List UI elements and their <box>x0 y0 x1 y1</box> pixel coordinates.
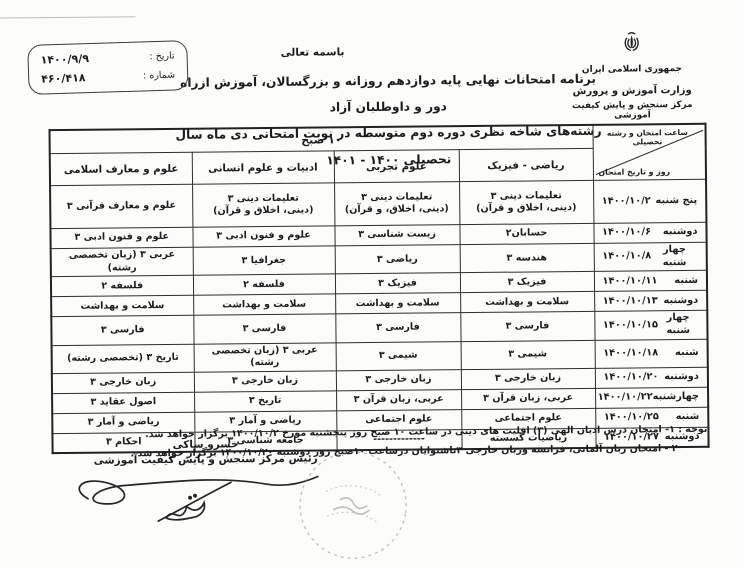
exam-cell: هندسه ۳ <box>460 243 594 273</box>
exam-cell: علوم و فنون ادبی ۳ <box>192 226 334 247</box>
exam-cell: زبان خارجی ۳ <box>461 368 595 389</box>
exam-cell: تعلیمات دینی ۳ (دینی، اخلاق و قرآن) <box>192 183 334 227</box>
day-label: دوشنبه <box>664 371 699 384</box>
exam-cell: جغرافیا ۳ <box>193 246 335 276</box>
reference-date-row: تاریخ : ۱۴۰۰/۹/۹ <box>40 50 174 67</box>
exam-cell: زبان خارجی ۳ <box>194 371 336 392</box>
exam-cell: سلامت و بهداشت <box>51 296 193 317</box>
day-label: چهارشنبه <box>653 391 700 404</box>
day-label: چهار شنبه <box>658 312 699 338</box>
exam-cell: فارسی ۳ <box>51 316 193 346</box>
exam-cell: فلسفه ۲ <box>51 276 193 297</box>
exam-cell: فارسی ۳ <box>193 314 335 344</box>
day-date-cell: دوشنبه۱۴۰۰/۱۰/۶ <box>593 222 706 243</box>
reference-number-row: شماره : ۴۶۰/۴۱۸ <box>41 68 175 85</box>
day-date-cell: پنج شنبه۱۴۰۰/۱۰/۲ <box>593 179 706 223</box>
exam-cell: فلسفه ۲ <box>193 274 335 295</box>
exam-cell: حسابان۲ <box>459 223 593 244</box>
date-label: ۱۴۰۰/۱۰/۶ <box>602 226 651 239</box>
exam-cell: فیزیک ۳ <box>460 272 594 293</box>
exam-cell: تعلیمات دینی ۳ (دینی، اخلاق، و قرآن) <box>334 182 459 226</box>
exam-cell: عربی، زبان قرآن ۳ <box>336 390 461 411</box>
number-value: ۴۶۰/۴۱۸ <box>41 71 86 85</box>
date-label: ۱۴۰۰/۱۰/۲ <box>602 195 651 208</box>
date-value: ۱۴۰۰/۹/۹ <box>40 52 89 66</box>
schedule-row: پنج شنبه۱۴۰۰/۱۰/۲تعلیمات دینی ۳ (دینی، ا… <box>50 179 706 228</box>
corner-top-label: ساعت امتحان و رشته تحصیلی <box>593 128 702 147</box>
date-label: ۱۴۰۰/۱۰/۸ <box>602 251 651 264</box>
day-label: دوشنبه <box>663 294 698 307</box>
number-label: شماره : <box>143 69 175 81</box>
exam-cell: ریاضی ۳ <box>335 245 460 275</box>
day-date-cell: دوشنبه۱۴۰۰/۱۰/۲۰ <box>595 367 708 388</box>
exam-cell: شیمی ۳ <box>461 340 595 369</box>
exam-schedule-table: ساعت امتحان و رشته تحصیلی روز و تاریخ ام… <box>48 123 709 455</box>
exam-cell: تاریخ ۳ (تخصصی رشته) <box>52 344 194 373</box>
schedule-body: پنج شنبه۱۴۰۰/۱۰/۲تعلیمات دینی ۳ (دینی، ا… <box>50 179 709 453</box>
exam-cell: عربی ۳ (زبان تخصصی رشته) <box>194 343 336 372</box>
day-label: دوشنبه <box>663 226 698 239</box>
day-date-cell: شنبه۱۴۰۰/۱۰/۱۸ <box>595 339 708 368</box>
day-date-cell: چهار شنبه۱۴۰۰/۱۰/۸ <box>594 242 707 272</box>
column-header: ریاضی - فیزیک <box>459 149 593 182</box>
reference-box: تاریخ : ۱۴۰۰/۹/۹ شماره : ۴۶۰/۴۱۸ <box>27 40 188 95</box>
day-date-cell: دوشنبه۱۴۰۰/۱۰/۱۳ <box>594 291 707 312</box>
day-date-cell: چهار شنبه۱۴۰۰/۱۰/۱۵ <box>594 311 707 341</box>
day-label: چهار شنبه <box>651 244 698 270</box>
page: { "letterhead": { "country": "جمهوری اسل… <box>0 0 744 567</box>
exam-cell: شیمی ۳ <box>336 342 461 371</box>
exam-cell: سلامت و بهداشت <box>460 292 594 313</box>
day-label: شنبه <box>674 274 698 287</box>
besmellah: باسمه تعالی <box>281 46 345 59</box>
day-date-cell: چهارشنبه۱۴۰۰/۱۰/۲۲ <box>595 387 708 408</box>
date-label: ۱۴۰۰/۱۰/۱۱ <box>602 275 657 288</box>
exam-cell: فارسی ۳ <box>335 313 460 343</box>
exam-cell: فارسی ۳ <box>460 312 594 342</box>
column-header: ادبیات و علوم انسانی <box>192 151 334 184</box>
exam-cell: زیست شناسی ۳ <box>334 225 459 246</box>
title-line-1: برنامه امتحانات نهایی پایه دوازدهم روزان… <box>170 66 606 123</box>
document-scan: جمهوری اسلامی ایران وزارت آموزش و پرورش … <box>0 0 744 567</box>
date-label: ۱۴۰۰/۱۰/۲۲ <box>598 391 653 404</box>
column-header: علوم تجربی <box>334 150 459 183</box>
official-stamp <box>294 446 413 565</box>
exam-cell: عربی، زبان قرآن ۳ <box>461 388 595 409</box>
iran-emblem-icon <box>621 31 643 57</box>
exam-cell: اصول عقاید ۳ <box>52 392 194 413</box>
exam-cell: زبان خارجی ۳ <box>336 370 461 391</box>
exam-cell: زبان خارجی ۳ <box>52 372 194 393</box>
sheet: جمهوری اسلامی ایران وزارت آموزش و پرورش … <box>0 0 744 567</box>
scan-artifact-line <box>0 16 135 18</box>
corner-cell: ساعت امتحان و رشته تحصیلی روز و تاریخ ام… <box>592 124 706 181</box>
exam-cell: سلامت و بهداشت <box>193 294 335 315</box>
date-label: ۱۴۰۰/۱۰/۲۰ <box>603 371 658 384</box>
corner-bottom-label: روز و تاریخ امتحان <box>598 167 670 177</box>
exam-cell: تعلیمات دینی ۳ (دینی، اخلاق و قرآن) <box>459 180 593 224</box>
date-label: ۱۴۰۰/۱۰/۱۵ <box>603 319 658 332</box>
exam-cell: سلامت و بهداشت <box>335 293 460 314</box>
exam-cell: تاریخ ۳ <box>194 391 336 412</box>
exam-cell: علوم و معارف قرآنی ۳ <box>50 184 192 228</box>
date-label: ۱۴۰۰/۱۰/۱۸ <box>603 347 658 360</box>
day-label: شنبه <box>675 347 699 360</box>
day-label: پنج شنبه <box>655 194 697 207</box>
exam-cell: علوم و فنون ادبی ۳ <box>50 227 192 248</box>
exam-cell: عربی ۳ (زبان تخصصی رشته) <box>51 247 193 277</box>
date-label: تاریخ : <box>149 51 174 63</box>
column-header: علوم و معارف اسلامی <box>50 153 192 186</box>
date-label: ۱۴۰۰/۱۰/۱۳ <box>603 295 658 308</box>
day-date-cell: شنبه۱۴۰۰/۱۰/۱۱ <box>594 271 707 292</box>
exam-cell: فیزیک ۳ <box>335 273 460 294</box>
